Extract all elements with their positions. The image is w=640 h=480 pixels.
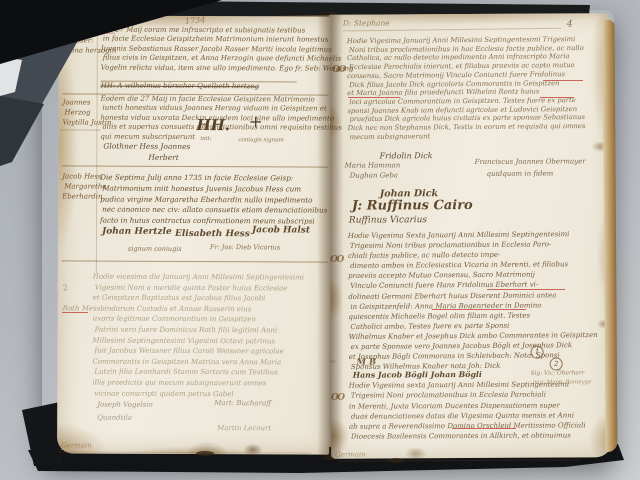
red-underline [540,97,574,98]
page-block-side-edge [602,20,617,452]
signature: quidquam in fidem [487,170,554,178]
red-underline [348,97,400,98]
signature-large: J: Ruffinus Cairo [352,198,473,214]
signature-large: Jacob Halst [252,225,310,235]
signature: Maria Hamman [345,161,401,169]
handwriting-line: Die Septima Julij anno 1735 in facie Ecc… [100,173,328,185]
left-page: 1734 Inscriptione SebastianusRasser:Anna… [57,15,331,454]
handwriting-line: Matrimonium iniit honestus Juvenis Jacob… [102,183,328,195]
red-underline [487,289,565,290]
footer-note: Germain [61,441,92,449]
header-underline [343,28,561,32]
handwriting-line: Vogelin relicta vidua, item sine ullo im… [101,63,329,73]
signature-large: Ruffinus Vicarius [349,215,427,225]
signature: Fridolin Dick [380,151,433,160]
pencil-note: 2 [63,283,68,292]
handwriting-line: filius civis in Geispitzen, et Anna Herz… [103,54,329,64]
divider-line [62,165,328,167]
signature-faded: Martin Lecourt [217,424,271,432]
handwriting-line: mecum subsignaverunt [350,131,602,142]
signature-caption: signum coniugis [128,245,182,253]
right-section3-text: Hodie Vigesima sexta Januarij Anni Mille… [349,379,603,442]
signature-faded: Mart: Bucharaff [214,399,271,407]
red-underline [62,312,88,313]
handwriting-line: vicinae conscripti quidem petrus Gabel [94,388,326,400]
right-section2-text: Hodie Vigesima Sexta Januarij Anni Mille… [348,229,603,372]
margin-rule-vertical [96,22,98,274]
handwriting-line: et Geispitzen Baptizatus est Jacobus fil… [93,293,327,305]
ink-blot [388,458,404,463]
red-underline [432,309,526,310]
archival-register-photo: D: Stephane 4 OO OO OO Hodie Vigesima Ja… [0,0,640,480]
entry4-faded-text: Hodie vicesima die Januarij Anni Millesi… [92,272,327,400]
handwriting-line: Patrini vero fuere Dominicus Roth filii … [95,325,327,337]
footer-flourish [59,451,311,453]
signature-faded: Quandtila [97,414,132,422]
monogram: M B [357,357,377,367]
handwriting-line: illis praedictis qui mecum subsignaverun… [92,377,326,389]
handwriting-line: Hodie Vigesima sexta Januarij Anni Mille… [349,379,603,391]
signature-caption: Fr: Jos: Dieb Vicarius [210,243,280,251]
mark-caption: init: [200,136,211,142]
red-underline [452,428,516,429]
signature-large: Elisabeth Hess [175,229,250,239]
handwriting-line: Hodie vicesima die Januarij Anni Millesi… [93,272,327,284]
initials-mark: HH. [196,116,230,134]
signature-large: Johan Hertzle [102,227,172,237]
signature: Herbert [148,153,178,162]
circled-nota-1: 1 [531,346,544,359]
red-underline [543,80,583,81]
signature: Franciscus Joannes Obermayer [475,157,586,166]
marginal-annotation: Sig: Vic: Oberherr [531,370,585,376]
year-header: 1734 [185,15,206,25]
signature: Glothner Hess Joannes [103,142,190,151]
crossed-out-line: HH: A wilhelmus bürscher Quelbeth hertzo… [101,82,260,91]
signature-faded: Joseph Vogelsin [97,401,153,409]
margin-flourish [60,129,100,130]
entry1-text: Die 27 Maij coram me infrascripto et sub… [101,26,329,74]
page-number: 4 [567,19,573,29]
circled-nota-2: 2 [550,358,563,371]
handwriting-line: fuit Jacobus Weissner filius Caroli Weis… [94,346,326,358]
right-section1-text: Hodie Vigesima Januarij Anni Millesimi S… [347,35,602,142]
entry3-text: Die Septima Julij anno 1735 in facie Ecc… [100,173,328,228]
book-gutter-shadow [317,12,343,460]
right-page-header: D: Stephane [343,18,390,27]
mark-caption: coniugis signum [238,137,284,143]
signature-line: Hans Jacob Bögli Johan Bögli [353,370,482,380]
handwriting-line: Dioecesis Basileensis Commorantes in All… [351,431,603,443]
divider-line [62,260,328,262]
ink-blot [196,451,214,456]
cross-mark: + [248,112,262,132]
signature: Dughan Geba [350,171,398,179]
